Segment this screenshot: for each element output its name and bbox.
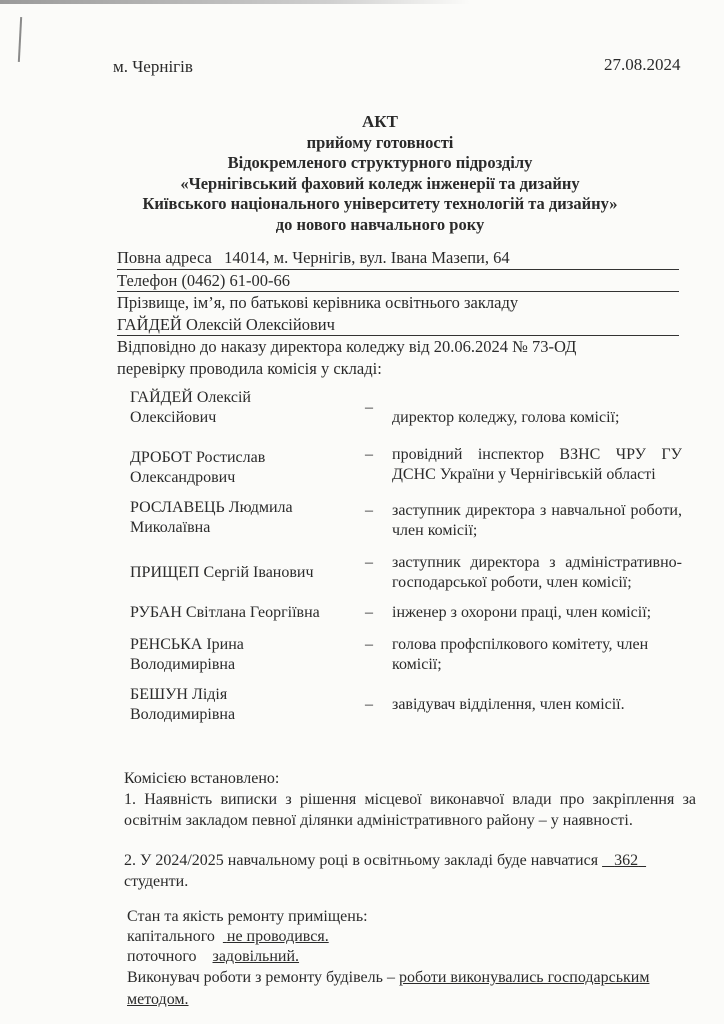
findings-heading: Комісією встановлено: [124,768,696,789]
member-role: завідувач відділення, член комісії. [392,695,682,715]
commission-member: ПРИЩЕП Сергій Іванович – заступник дирек… [130,553,682,593]
member-role: провідний інспектор ВЗНС ЧРУ ГУ ДСНС Укр… [392,445,682,488]
contractor-row: Виконувач роботи з ремонту будівель – ро… [127,967,699,1011]
member-name-cont: Олексійович [130,408,365,428]
dash: – [365,398,392,418]
head-label: Прізвище, ім’я, по батькові керівника ос… [117,292,679,314]
member-name: ГАЙДЕЙ Олексій [130,388,365,408]
address-row: Повна адреса 14014, м. Чернігів, вул. Ів… [117,247,679,270]
order-line: Відповідно до наказу директора коледжу в… [117,336,679,358]
document-date: 27.08.2024 [604,55,681,75]
title-line: «Чернігівський фаховий коледж інженерії … [100,174,660,195]
commission-intro: перевірку проводила комісія у складі: [117,358,679,380]
institution-info: Повна адреса 14014, м. Чернігів, вул. Ів… [117,247,679,379]
member-name: БЕШУН Лідія [130,685,365,705]
repair-heading: Стан та якість ремонту приміщень: [127,907,699,927]
commission-member: БЕШУН ЛідіяВолодимирівна – завідувач від… [130,685,682,725]
capital-repair-text: не проводився. [227,928,329,945]
current-repair-value: задовільний. [213,948,300,965]
member-name-cont: Володимирівна [130,655,365,675]
commission-member: РУБАН Світлана Георгіївна – інженер з ох… [130,603,682,623]
student-count: 362 [602,852,646,869]
member-name-cont: Володимирівна [130,705,365,725]
finding-2: 2. У 2024/2025 навчальному році в освітн… [124,850,696,892]
dash: – [365,603,392,623]
scan-edge [0,0,470,4]
title-line: прийому готовності [100,133,660,154]
commission-findings: Комісією встановлено: 1. Наявність випис… [124,768,696,892]
address-value: 14014, м. Чернігів, вул. Івана Мазепи, 6… [224,248,509,267]
member-role: інженер з охорони праці, член комісії; [392,603,682,623]
contractor-label: Виконувач роботи з ремонту будівель – [127,969,395,986]
title-line: до нового навчального року [100,215,660,236]
member-name: РУБАН Світлана Георгіївна [130,603,365,623]
dash: – [365,695,392,715]
phone-row: Телефон (0462) 61-00-66 [117,270,679,293]
member-name: ПРИЩЕП Сергій Іванович [130,563,365,583]
current-repair-row: поточного задовільний. [127,947,699,967]
commission-member: РОСЛАВЕЦЬ ЛюдмилаМиколаївна – заступник … [130,498,682,541]
phone-label: Телефон [117,271,177,290]
finding-2-text: 2. У 2024/2025 навчальному році в освітн… [124,852,598,869]
title-line: Київського національного університету те… [100,194,660,215]
capital-repair-label: капітального [127,928,215,945]
student-count-value: 362 [614,852,638,869]
address-label: Повна адреса [117,248,212,267]
phone-value: (0462) 61-00-66 [181,271,290,290]
commission-members: ГАЙДЕЙ ОлексійОлексійович – директор кол… [130,388,682,739]
member-name-cont: Миколаївна [130,518,365,538]
finding-1: 1. Наявність виписки з рішення місцевої … [124,789,696,831]
title-line: АКТ [100,112,660,133]
document-city: м. Чернігів [113,57,193,77]
title-line: Відокремленого структурного підрозділу [100,153,660,174]
member-role: директор коледжу, голова комісії; [392,408,682,428]
capital-repair-value: не проводився. [223,928,329,945]
commission-member: ДРОБОТ РостиславОлександрович – провідни… [130,445,682,488]
current-repair-label: поточного [127,948,197,965]
member-name: РЕНСЬКА Ірина [130,635,365,655]
capital-repair-row: капітального не проводився. [127,927,699,947]
dash: – [365,445,392,488]
document-title: АКТ прийому готовності Відокремленого ст… [100,112,660,235]
member-name: ДРОБОТ Ростислав [130,448,365,468]
member-role: заступник директора з навчальної роботи,… [392,498,682,541]
head-value: ГАЙДЕЙ Олексій Олексійович [117,314,679,337]
dash: – [365,498,392,541]
commission-member: РЕНСЬКА ІринаВолодимирівна – голова проф… [130,635,682,675]
commission-member: ГАЙДЕЙ ОлексійОлексійович – директор кол… [130,388,682,428]
member-name: РОСЛАВЕЦЬ Людмила [130,498,365,518]
member-name-cont: Олександрович [130,468,365,488]
dash: – [365,553,392,593]
member-role: голова профспілкового комітету, член ком… [392,635,682,675]
dash: – [365,635,392,675]
member-role: заступник директора з адміністративно-го… [392,553,682,593]
scan-mark [18,17,22,62]
repair-status: Стан та якість ремонту приміщень: капіта… [127,907,699,1011]
finding-2-suffix: студенти. [124,873,188,890]
